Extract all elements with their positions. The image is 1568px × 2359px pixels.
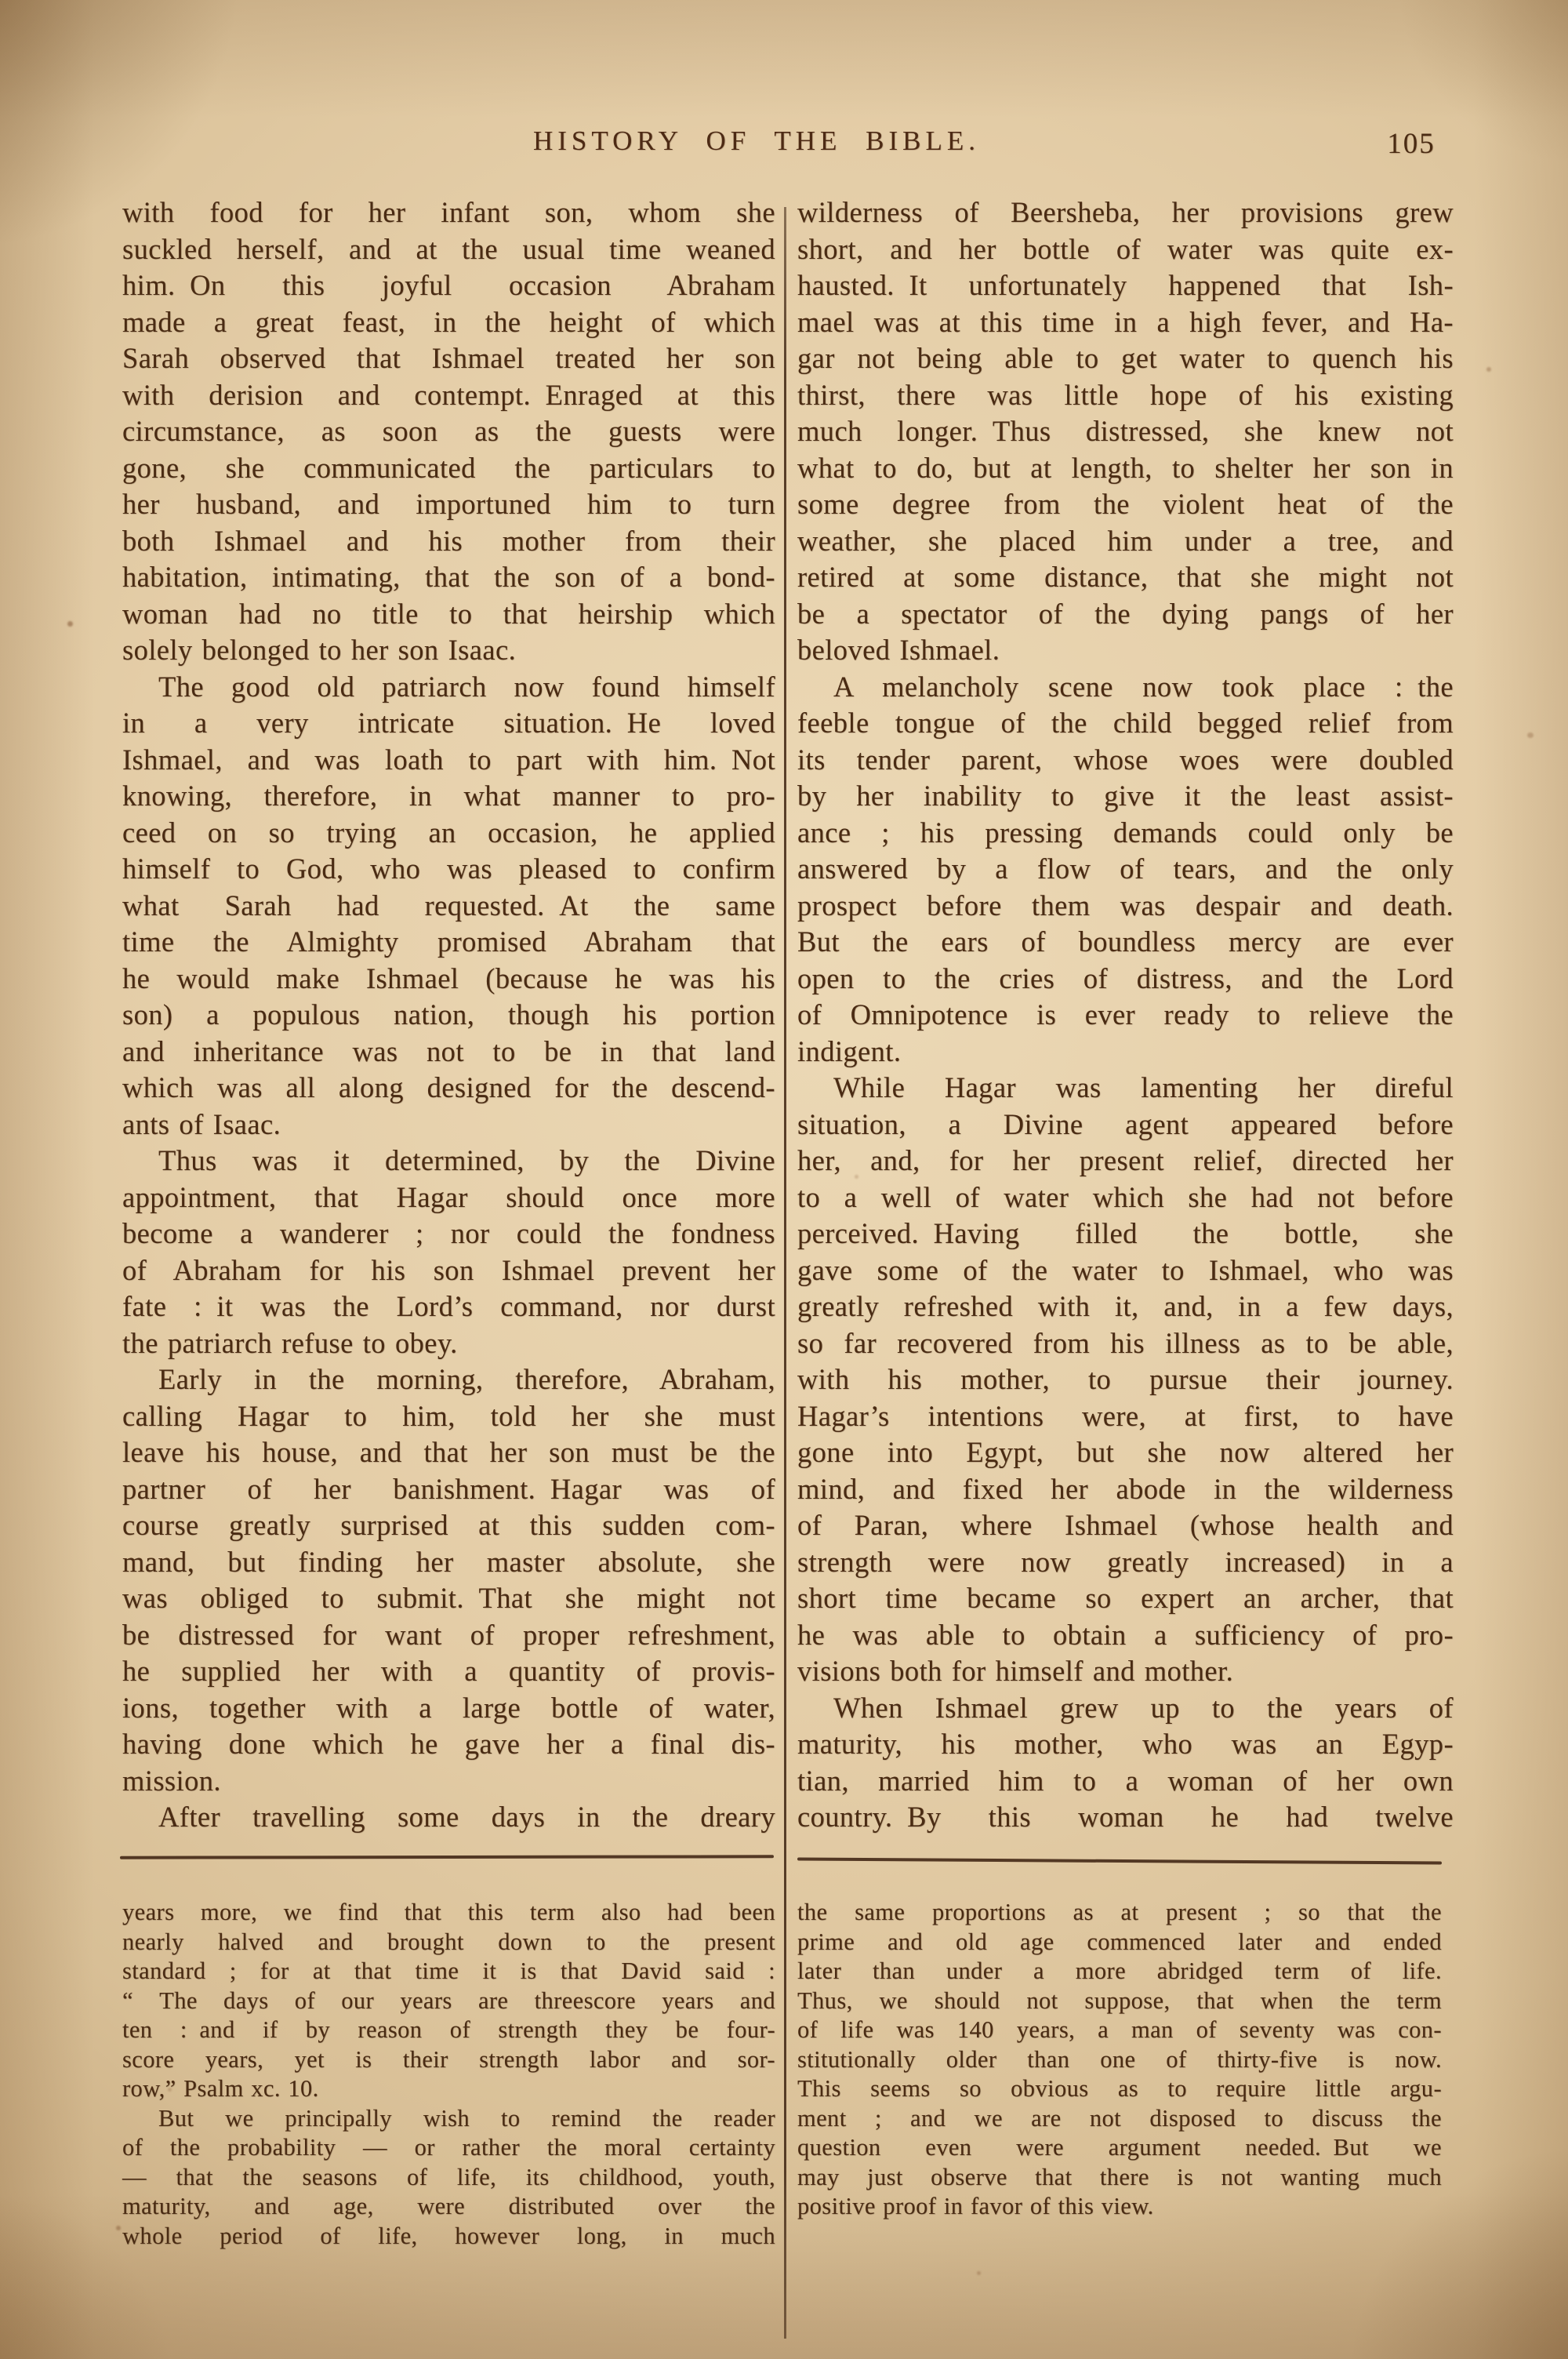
text-line: tian, married him to a woman of her own — [797, 1763, 1454, 1800]
text-line: positive proof in favor of this view. — [797, 2192, 1442, 2222]
footnote-left-column: years more, we find that this term also … — [122, 1898, 775, 2251]
text-line: by her inability to give it the least as… — [797, 778, 1454, 815]
text-line: he was able to obtain a sufficiency of p… — [797, 1617, 1454, 1654]
text-line: This seems so obvious as to require litt… — [797, 2074, 1442, 2104]
text-line: ance ; his pressing demands could only b… — [797, 815, 1454, 852]
text-line: question even were argument needed. But … — [797, 2133, 1442, 2163]
text-line: score years, yet is their strength labor… — [122, 2045, 775, 2075]
text-line: situation, a Divine agent appeared befor… — [797, 1107, 1454, 1143]
text-line: visions both for himself and mother. — [797, 1653, 1454, 1690]
text-line: But we principally wish to remind the re… — [122, 2104, 775, 2134]
text-line: suckled herself, and at the usual time w… — [122, 231, 775, 268]
text-line: circumstance, as soon as the guests were — [122, 413, 775, 450]
text-line: The good old patriarch now found himself — [122, 669, 775, 706]
left-text-column: with food for her infant son, whom shesu… — [122, 194, 775, 1836]
text-line: become a wanderer ; nor could the fondne… — [122, 1216, 775, 1252]
text-line: woman had no title to that heirship whic… — [122, 596, 775, 633]
text-line: with his mother, to pursue their journey… — [797, 1361, 1454, 1398]
text-line: partner of her banishment. Hagar was of — [122, 1471, 775, 1508]
text-line: answered by a flow of tears, and the onl… — [797, 851, 1454, 888]
text-line: so far recovered from his illness as to … — [797, 1325, 1454, 1362]
paper-speck — [168, 2088, 172, 2092]
text-line: of Omnipotence is ever ready to relieve … — [797, 997, 1454, 1034]
text-line: ten : and if by reason of strength they … — [122, 2016, 775, 2045]
text-line: which was all along designed for the des… — [122, 1070, 775, 1107]
text-line: in a very intricate situation. He loved — [122, 705, 775, 742]
text-line: ions, together with a large bottle of wa… — [122, 1690, 775, 1727]
text-line: thirst, there was little hope of his exi… — [797, 377, 1454, 414]
text-line: “ The days of our years are threescore y… — [122, 1986, 775, 2016]
text-line: fate : it was the Lord’s command, nor du… — [122, 1289, 775, 1325]
text-line: what Sarah had requested. At the same — [122, 888, 775, 925]
text-line: the same proportions as at present ; so … — [797, 1898, 1442, 1928]
text-line: some degree from the violent heat of the — [797, 486, 1454, 523]
paper-speck — [1486, 367, 1491, 372]
text-line: the patriarch refuse to obey. — [122, 1325, 775, 1362]
text-line: row,” Psalm xc. 10. — [122, 2074, 775, 2104]
text-line: short time became so expert an archer, t… — [797, 1580, 1454, 1617]
text-line: short, and her bottle of water was quite… — [797, 231, 1454, 268]
text-line: leave his house, and that her son must b… — [122, 1434, 775, 1471]
text-line: whole period of life, however long, in m… — [122, 2222, 775, 2252]
text-line: feeble tongue of the child begged relief… — [797, 705, 1454, 742]
text-line: solely belonged to her son Isaac. — [122, 632, 775, 669]
book-page: HISTORY OF THE BIBLE. 105 with food for … — [0, 0, 1568, 2359]
text-line: much longer. Thus distressed, she knew n… — [797, 413, 1454, 450]
footnote-rule-left — [120, 1855, 774, 1859]
text-line: of Abraham for his son Ishmael prevent h… — [122, 1252, 775, 1289]
text-line: Sarah observed that Ishmael treated her … — [122, 340, 775, 377]
text-line: mael was at this time in a high fever, a… — [797, 304, 1454, 341]
text-line: beloved Ishmael. — [797, 632, 1454, 669]
text-line: Early in the morning, therefore, Abraham… — [122, 1361, 775, 1398]
text-line: But the ears of boundless mercy are ever — [797, 924, 1454, 961]
text-line: After travelling some days in the dreary — [122, 1799, 775, 1836]
text-line: of Paran, where Ishmael (whose health an… — [797, 1507, 1454, 1544]
paper-speck — [855, 1175, 858, 1179]
text-line: stitutionally older than one of thirty-f… — [797, 2045, 1442, 2075]
text-line: greatly refreshed with it, and, in a few… — [797, 1289, 1454, 1325]
text-line: course greatly surprised at this sudden … — [122, 1507, 775, 1544]
text-line: gone, she communicated the particulars t… — [122, 450, 775, 487]
text-line: himself to God, who was pleased to confi… — [122, 851, 775, 888]
text-line: habitation, intimating, that the son of … — [122, 559, 775, 596]
text-line: mand, but finding her master absolute, s… — [122, 1544, 775, 1581]
column-divider-rule — [784, 207, 786, 2339]
text-line: hausted. It unfortunately happened that … — [797, 267, 1454, 304]
text-line: Thus was it determined, by the Divine — [122, 1143, 775, 1179]
text-line: he would make Ishmael (because he was hi… — [122, 961, 775, 998]
text-line: indigent. — [797, 1034, 1454, 1070]
text-line: later than under a more abridged term of… — [797, 1957, 1442, 1986]
text-line: of life was 140 years, a man of seventy … — [797, 2016, 1442, 2045]
text-line: Ishmael, and was loath to part with him.… — [122, 742, 775, 779]
text-line: its tender parent, whose woes were doubl… — [797, 742, 1454, 779]
text-line: both Ishmael and his mother from their — [122, 523, 775, 560]
text-line: years more, we find that this term also … — [122, 1898, 775, 1928]
paper-speck — [67, 621, 73, 627]
text-line: ants of Isaac. — [122, 1107, 775, 1143]
text-line: with derision and contempt. Enraged at t… — [122, 377, 775, 414]
text-line: nearly halved and brought down to the pr… — [122, 1928, 775, 1957]
text-line: While Hagar was lamenting her direful — [797, 1070, 1454, 1107]
footnote-rule-right — [797, 1857, 1442, 1864]
text-line: calling Hagar to him, told her she must — [122, 1398, 775, 1435]
text-line: mind, and fixed her abode in the wildern… — [797, 1471, 1454, 1508]
text-line: time the Almighty promised Abraham that — [122, 924, 775, 961]
text-line: gone into Egypt, but she now altered her — [797, 1434, 1454, 1471]
paper-speck — [977, 2271, 981, 2275]
text-line: wilderness of Beersheba, her provisions … — [797, 194, 1454, 231]
text-line: and inheritance was not to be in that la… — [122, 1034, 775, 1070]
text-line: be distressed for want of proper refresh… — [122, 1617, 775, 1654]
text-line: weather, she placed him under a tree, an… — [797, 523, 1454, 560]
text-line: — that the seasons of life, its childhoo… — [122, 2163, 775, 2193]
text-line: to a well of water which she had not bef… — [797, 1179, 1454, 1216]
right-text-column: wilderness of Beersheba, her provisions … — [797, 194, 1454, 1836]
text-line: was obliged to submit. That she might no… — [122, 1580, 775, 1617]
text-line: country. By this woman he had twelve — [797, 1799, 1454, 1836]
text-line: Hagar’s intentions were, at first, to ha… — [797, 1398, 1454, 1435]
text-line: perceived. Having filled the bottle, she — [797, 1216, 1454, 1252]
text-line: gar not being able to get water to quenc… — [797, 340, 1454, 377]
text-line: with food for her infant son, whom she — [122, 194, 775, 231]
text-line: ment ; and we are not disposed to discus… — [797, 2104, 1442, 2134]
text-line: having done which he gave her a final di… — [122, 1726, 775, 1763]
text-line: When Ishmael grew up to the years of — [797, 1690, 1454, 1727]
text-line: retired at some distance, that she might… — [797, 559, 1454, 596]
text-line: knowing, therefore, in what manner to pr… — [122, 778, 775, 815]
paper-speck — [116, 2226, 121, 2230]
page-title: HISTORY OF THE BIBLE. — [533, 125, 980, 156]
text-line: appointment, that Hagar should once more — [122, 1179, 775, 1216]
text-line: mission. — [122, 1763, 775, 1800]
text-line: her husband, and importuned him to turn — [122, 486, 775, 523]
paper-speck — [1527, 732, 1534, 738]
text-line: prospect before them was despair and dea… — [797, 888, 1454, 925]
text-line: he supplied her with a quantity of provi… — [122, 1653, 775, 1690]
text-line: maturity, his mother, who was an Egyp- — [797, 1726, 1454, 1763]
page-number: 105 — [1356, 127, 1466, 161]
text-line: standard ; for at that time it is that D… — [122, 1957, 775, 1986]
running-header: HISTORY OF THE BIBLE. — [376, 125, 1137, 157]
text-line: son) a populous nation, though his porti… — [122, 997, 775, 1034]
text-line: open to the cries of distress, and the L… — [797, 961, 1454, 998]
text-line: gave some of the water to Ishmael, who w… — [797, 1252, 1454, 1289]
text-line: made a great feast, in the height of whi… — [122, 304, 775, 341]
text-line: prime and old age commenced later and en… — [797, 1928, 1442, 1957]
text-line: be a spectator of the dying pangs of her — [797, 596, 1454, 633]
text-line: her, and, for her present relief, direct… — [797, 1143, 1454, 1179]
text-line: strength were now greatly increased) in … — [797, 1544, 1454, 1581]
text-line: ceed on so trying an occasion, he applie… — [122, 815, 775, 852]
text-line: what to do, but at length, to shelter he… — [797, 450, 1454, 487]
footnote-right-column: the same proportions as at present ; so … — [797, 1898, 1442, 2222]
text-line: may just observe that there is not wanti… — [797, 2163, 1442, 2193]
text-line: of the probability — or rather the moral… — [122, 2133, 775, 2163]
text-line: him. On this joyful occasion Abraham — [122, 267, 775, 304]
text-line: Thus, we should not suppose, that when t… — [797, 1986, 1442, 2016]
text-line: A melancholy scene now took place : the — [797, 669, 1454, 706]
text-line: maturity, and age, were distributed over… — [122, 2192, 775, 2222]
